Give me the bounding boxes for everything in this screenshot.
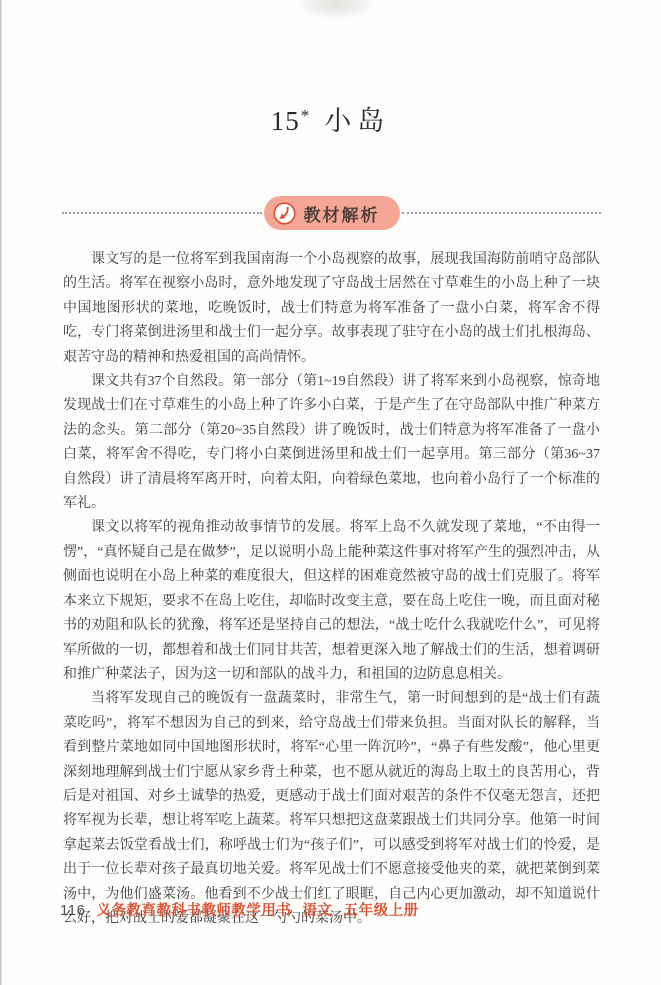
page-footer: 116 义务教育教科书教师教学用书 语文 五年级上册 [60, 899, 419, 920]
section-badge-label: 教材解析 [304, 201, 380, 226]
scan-edge-shadow [0, 0, 3, 985]
analysis-paragraph: 课文写的是一位将军到我国南海一个小岛视察的故事，展现我国海防前哨守岛部队的生活。… [63, 248, 600, 370]
section-divider-right [402, 212, 602, 214]
analysis-content: 课文写的是一位将军到我国南海一个小岛视察的故事，展现我国海防前哨守岛部队的生活。… [63, 248, 600, 931]
section-divider-left [62, 212, 262, 214]
book-title: 义务教育教科书教师教学用书 语文 五年级上册 [96, 899, 418, 920]
analysis-paragraph: 当将军发现自己的晚饭有一盘蔬菜时，非常生气，第一时间想到的是“战士们有蔬菜吃吗”… [63, 687, 600, 931]
analysis-paragraph: 课文以将军的视角推动故事情节的发展。将军上岛不久就发现了菜地，“不由得一愣”，“… [63, 516, 600, 687]
textbook-page: 15*小岛 教材解析 课文写的是一位将军到我国南海一个小岛视察的故事，展现我国海… [0, 0, 661, 985]
section-badge: 教材解析 [264, 196, 400, 230]
lesson-star: * [301, 106, 311, 125]
lesson-title: 15*小岛 [0, 99, 661, 138]
scan-smudge [300, 0, 372, 18]
lesson-number: 15 [271, 106, 300, 136]
analysis-paragraph: 课文共有37个自然段。第一部分（第1~19自然段）讲了将军来到小岛视察，惊奇地发… [63, 370, 600, 516]
section-header-row: 教材解析 [62, 196, 601, 230]
down-arrow-icon [273, 202, 296, 225]
page-number: 116 [60, 902, 85, 919]
lesson-name: 小岛 [324, 106, 390, 136]
